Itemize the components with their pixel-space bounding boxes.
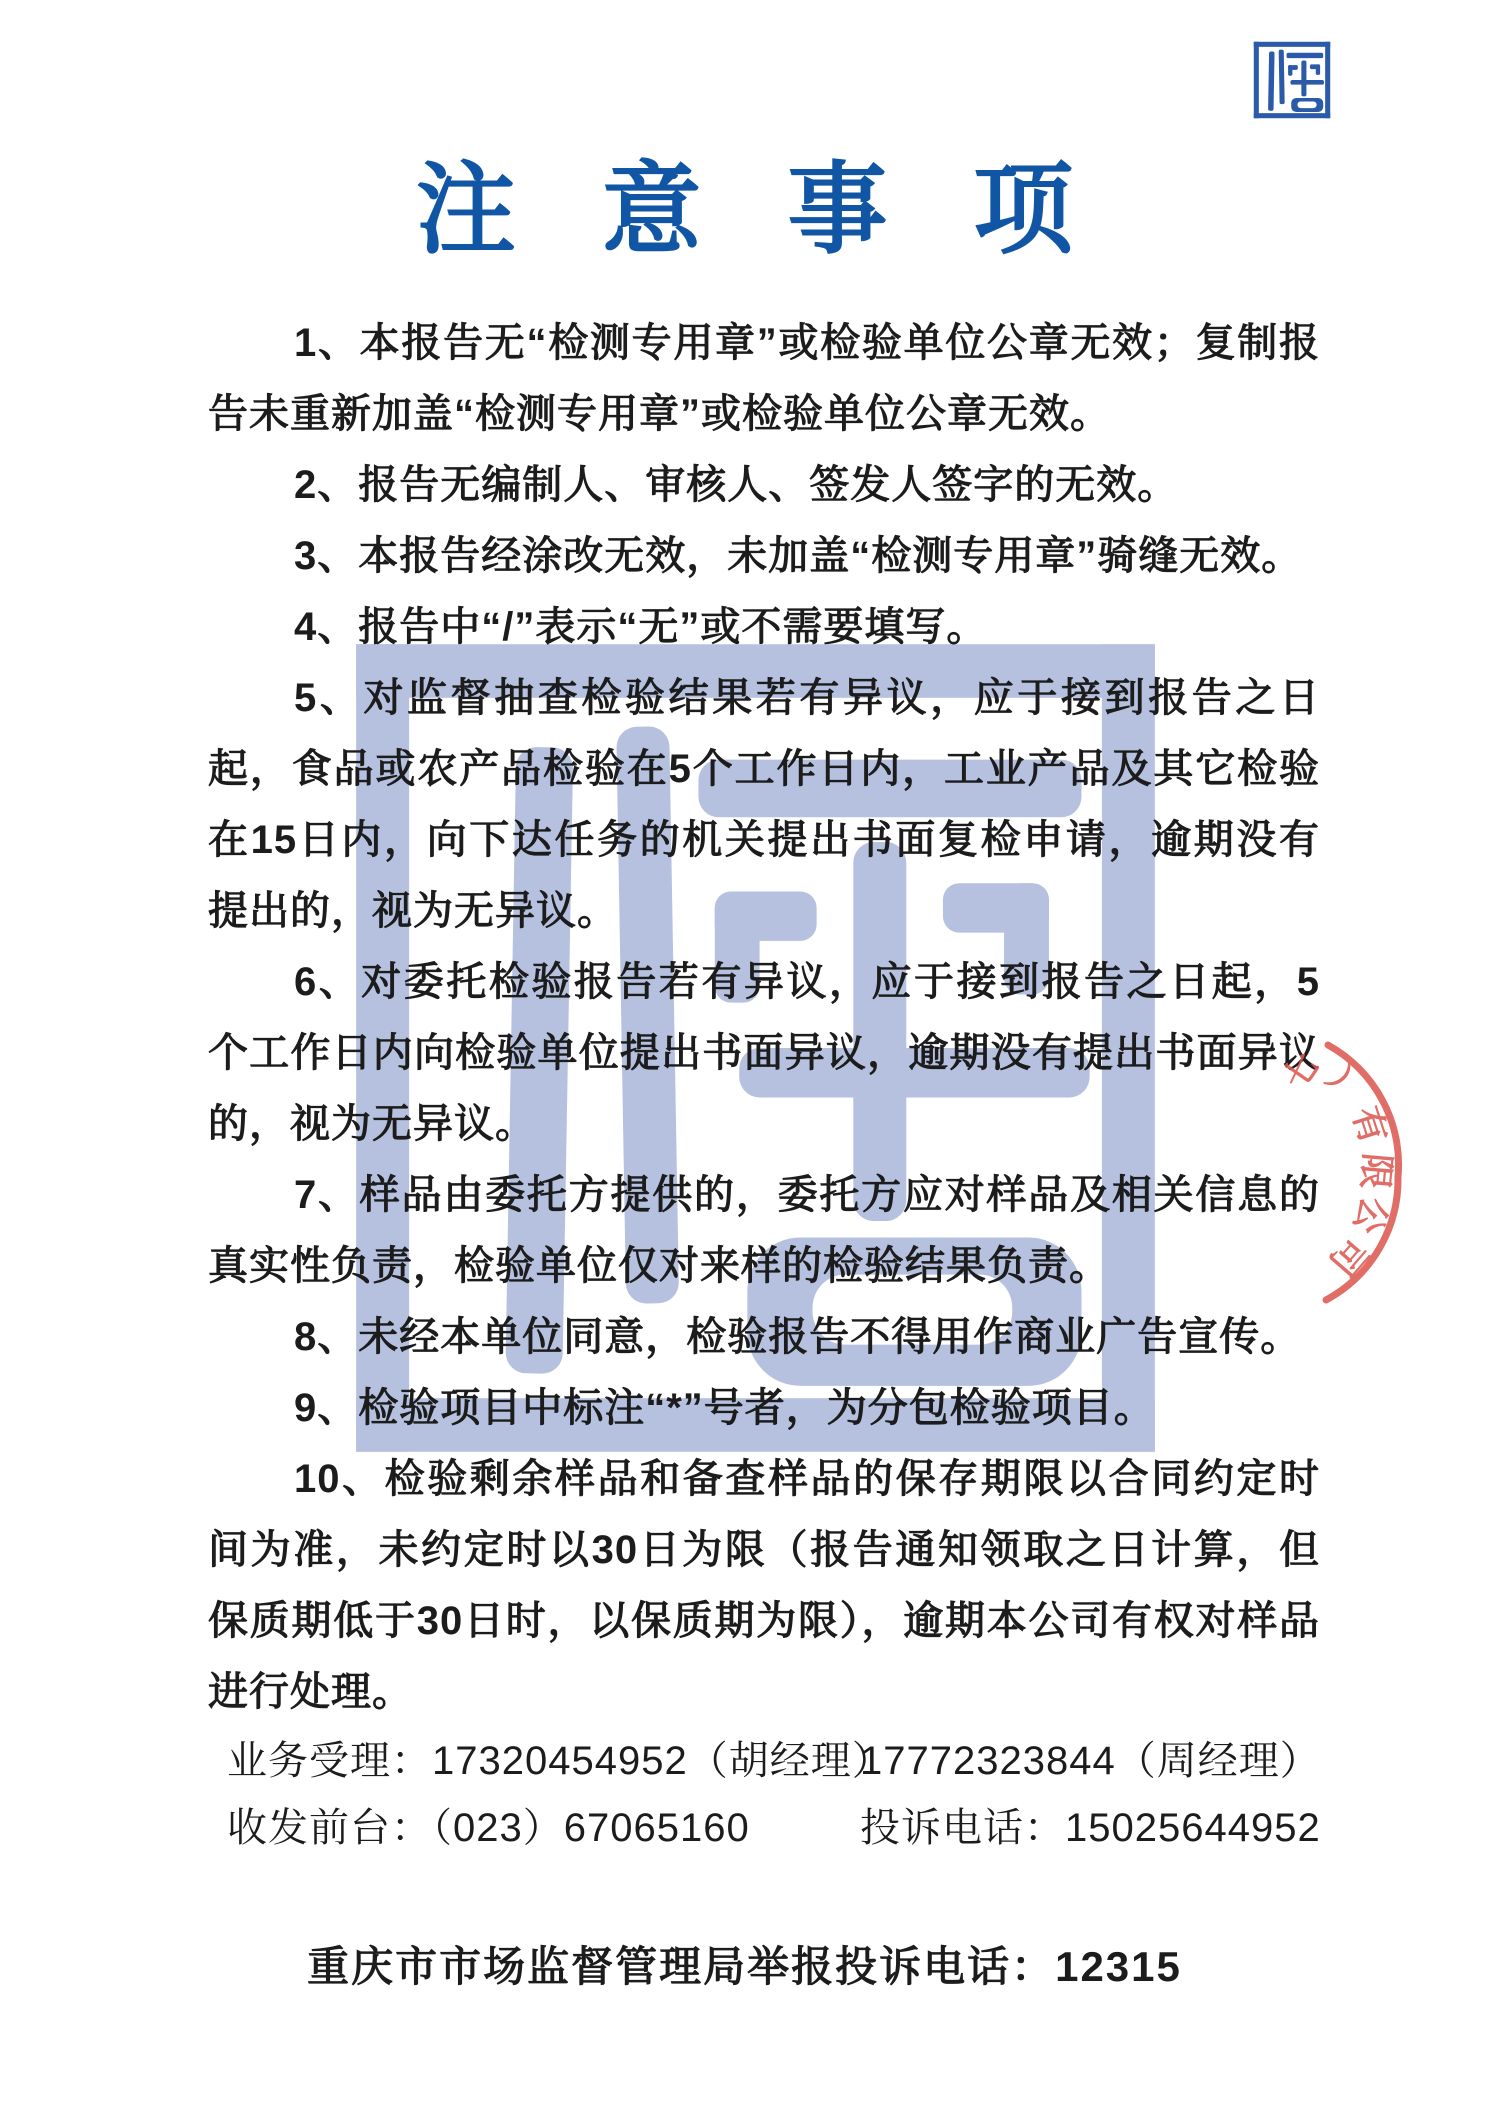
notice-item-2: 2、报告无编制人、审核人、签发人签字的无效。 [208,450,1320,521]
company-seal-logo-icon [1253,40,1331,120]
front-desk-phone: 收发前台：（023）67065160 [227,1795,860,1862]
complaint-phone: 投诉电话：15025644952 [860,1795,1321,1862]
notice-list: 1、本报告无“检测专用章”或检验单位公章无效；复制报告未重新加盖“检测专用章”或… [208,308,1320,1728]
notice-item-3: 3、本报告经涂改无效，未加盖“检测专用章”骑缝无效。 [208,521,1320,592]
contact-block: 业务受理：17320454952（胡经理） 17772323844（周经理） 收… [227,1728,1279,1862]
notice-item-10: 10、检验剩余样品和备查样品的保存期限以合同约定时间为准，未约定时以30日为限（… [208,1444,1320,1728]
market-regulator-hotline: 重庆市市场监督管理局举报投诉电话：12315 [0,1934,1489,1994]
notice-item-9: 9、检验项目中标注“*”号者，为分包检验项目。 [208,1373,1320,1444]
business-acceptance-phone: 业务受理：17320454952（胡经理） [227,1728,860,1795]
business-acceptance-phone-2: 17772323844（周经理） [860,1728,1321,1795]
contact-row-1: 业务受理：17320454952（胡经理） 17772323844（周经理） [227,1728,1279,1795]
notice-item-8: 8、未经本单位同意，检验报告不得用作商业广告宣传。 [208,1302,1320,1373]
notice-item-4: 4、报告中“/”表示“无”或不需要填写。 [208,592,1320,663]
page-title: 注 意 事 项 [0,158,1489,263]
notice-page: 注 意 事 项 1、本报告无“检测专用章”或检验单位公章无效；复制报告未重新加盖… [0,0,1489,2103]
contact-row-2: 收发前台：（023）67065160 投诉电话：15025644952 [227,1795,1279,1862]
notice-item-5: 5、对监督抽查检验结果若有异议，应于接到报告之日起，食品或农产品检验在5个工作日… [208,663,1320,947]
svg-text:七: 七 [1276,1047,1327,1097]
svg-text:）有限公司: ）有限公司 [1318,1058,1399,1289]
notice-item-6: 6、对委托检验报告若有异议，应于接到报告之日起，5个工作日内向检验单位提出书面异… [208,947,1320,1160]
red-company-stamp-icon: ）有限公司 七 [1268,1015,1489,1315]
notice-item-1: 1、本报告无“检测专用章”或检验单位公章无效；复制报告未重新加盖“检测专用章”或… [208,308,1320,450]
notice-item-7: 7、样品由委托方提供的，委托方应对样品及相关信息的真实性负责，检验单位仅对来样的… [208,1160,1320,1302]
